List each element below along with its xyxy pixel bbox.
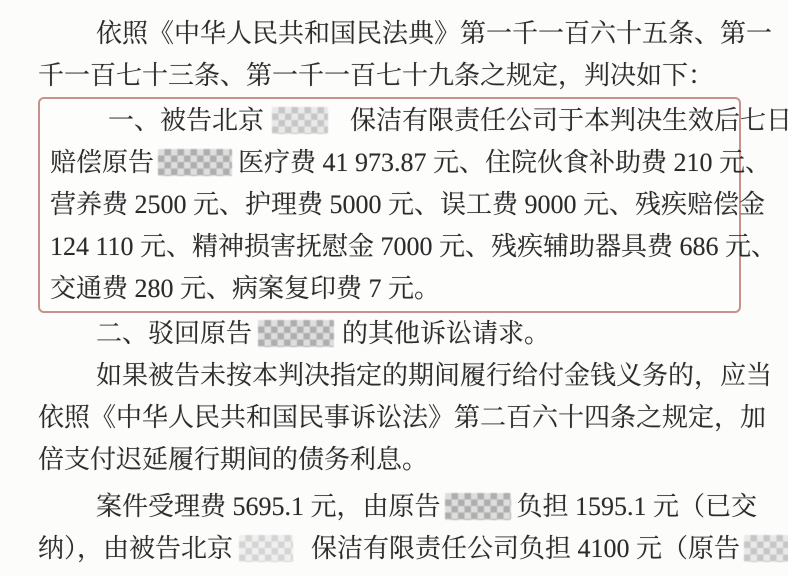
court-fees-line-2-text-cont: 保洁有限责任公司负担 4100 元（原告	[311, 534, 740, 563]
judgment-item-1-line-2: 赔偿原告医疗费 41 973.87 元、住院伙食补助费 210 元、	[50, 142, 735, 184]
court-fees-line-1-text: 案件受理费 5695.1 元，由原告	[96, 492, 441, 521]
interest-clause-line-2: 依照《中华人民共和国民事诉讼法》第二百六十四条之规定，加	[38, 397, 758, 439]
interest-clause-line-1: 如果被告未按本判决指定的期间履行给付金钱义务的，应当	[38, 355, 758, 397]
redacted-plaintiff-name-4	[744, 535, 788, 562]
judgment-item-1-line-2-text-cont: 医疗费 41 973.87 元、住院伙食补助费 210 元、	[238, 148, 771, 177]
redacted-defendant-company-name-2	[239, 535, 293, 562]
judgment-item-2-text: 二、驳回原告	[96, 319, 252, 348]
judgment-item-2-text-cont: 的其他诉讼请求。	[342, 319, 550, 348]
redacted-plaintiff-name-3	[445, 493, 511, 520]
redacted-plaintiff-name-2	[258, 320, 334, 347]
judgment-item-2-line: 二、驳回原告的其他诉讼请求。	[38, 313, 758, 355]
law-citation-line-1: 依照《中华人民共和国民法典》第一千一百六十五条、第一	[38, 13, 758, 55]
court-fees-line-2: 纳），由被告北京保洁有限责任公司负担 4100 元（原告	[38, 528, 758, 570]
judgment-item-1-line-2-text: 赔偿原告	[50, 148, 154, 177]
judgment-item-1-line-3: 营养费 2500 元、护理费 5000 元、误工费 9000 元、残疾赔偿金	[50, 184, 735, 226]
judgment-item-1-highlight-box: 一、被告北京保洁有限责任公司于本判决生效后七日内 赔偿原告医疗费 41 973.…	[38, 97, 741, 313]
judgment-item-1-line-1-text: 一、被告北京	[108, 106, 264, 135]
court-fees-line-1-text-cont: 负担 1595.1 元（已交	[517, 492, 758, 521]
judgment-item-1-line-1: 一、被告北京保洁有限责任公司于本判决生效后七日内	[50, 100, 735, 142]
judgment-item-1-line-1-text-cont: 保洁有限责任公司于本判决生效后七日内	[350, 106, 788, 135]
court-fees-line-2-text: 纳），由被告北京	[38, 534, 233, 563]
redacted-plaintiff-name-1	[158, 149, 232, 176]
judgment-item-1-line-4: 124 110 元、精神损害抚慰金 7000 元、残疾辅助器具费 686 元、	[50, 226, 735, 268]
law-citation-line-2: 千一百七十三条、第一千一百七十九条之规定，判决如下：	[38, 55, 758, 97]
court-judgment-document: 依照《中华人民共和国民法典》第一千一百六十五条、第一 千一百七十三条、第一千一百…	[0, 0, 788, 576]
court-fees-paragraph: 案件受理费 5695.1 元，由原告负担 1595.1 元（已交 纳），由被告北…	[38, 486, 758, 570]
court-fees-line-1: 案件受理费 5695.1 元，由原告负担 1595.1 元（已交	[38, 486, 758, 528]
judgment-item-1-line-5: 交通费 280 元、病案复印费 7 元。	[50, 268, 735, 310]
redacted-defendant-company-name-1	[272, 107, 328, 134]
interest-clause-line-3: 倍支付迟延履行期间的债务利息。	[38, 439, 758, 481]
